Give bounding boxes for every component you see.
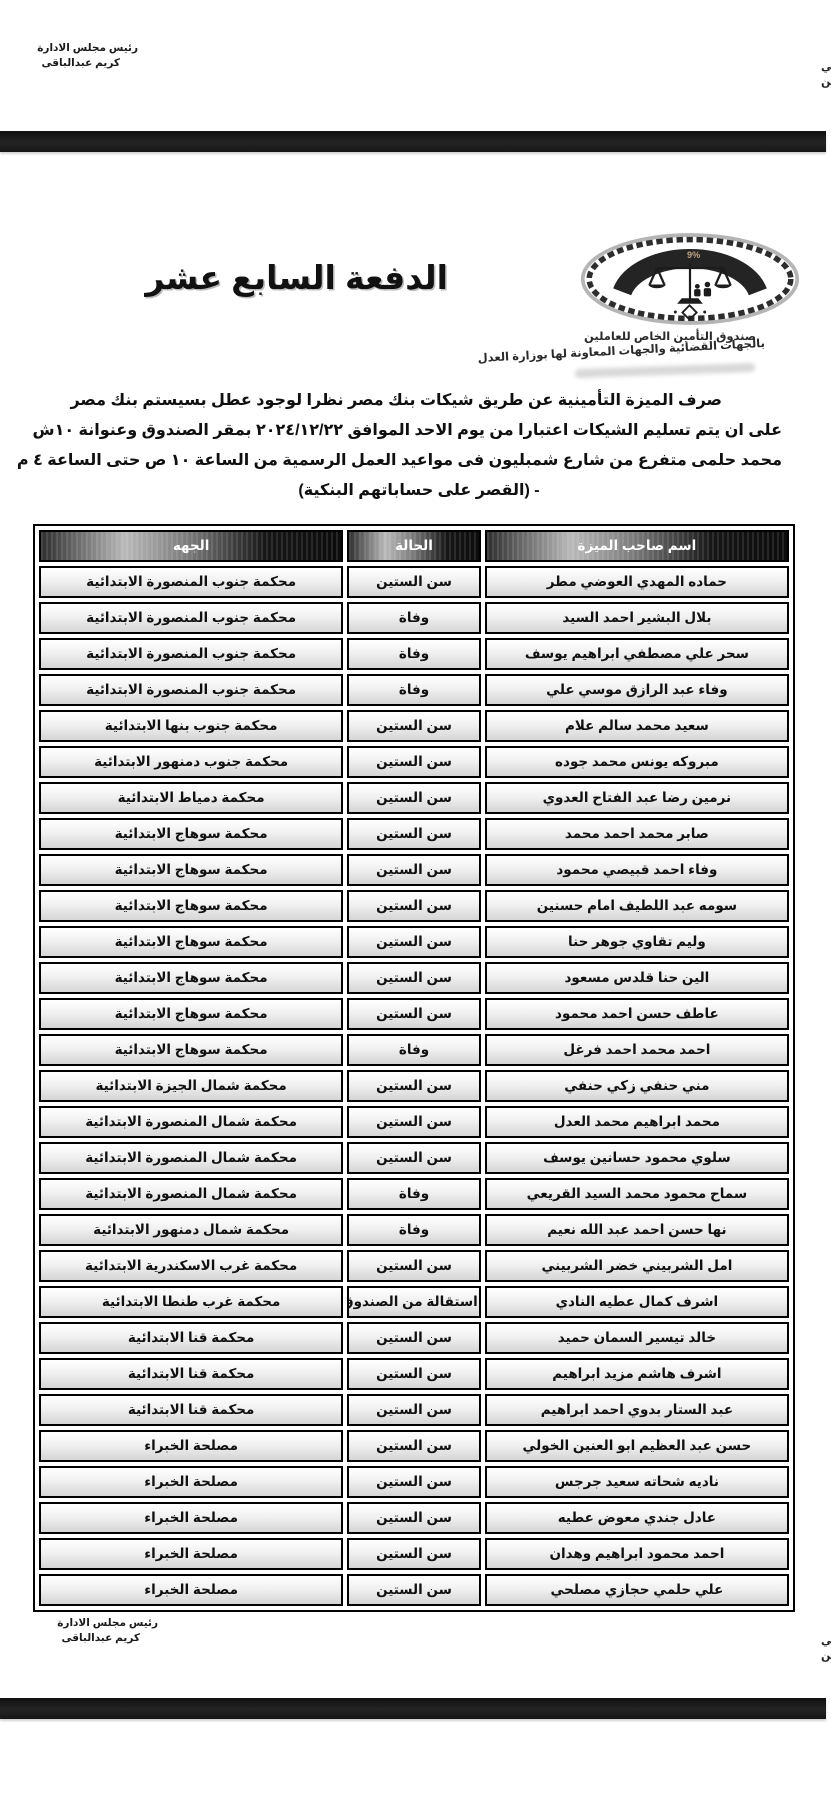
cell-name: اشرف كمال عطيه النادي <box>485 1286 789 1318</box>
prev-signature-name: كريم عبدالباقى <box>28 56 120 71</box>
table-row: اشرف هاشم مزيد ابراهيمسن الستينمحكمة قنا… <box>39 1358 789 1390</box>
page-divider-bottom <box>0 1698 826 1719</box>
cell-entity: محكمة قنا الابتدائية <box>39 1394 343 1426</box>
cell-name: صابر محمد احمد محمد <box>485 818 789 850</box>
cell-status: سن الستين <box>347 926 481 958</box>
cell-name: عبد الستار بدوي احمد ابراهيم <box>485 1394 789 1426</box>
cell-status: سن الستين <box>347 818 481 850</box>
page-title: الدفعة السابع عشر <box>168 258 448 297</box>
cell-status: سن الستين <box>347 710 481 742</box>
cell-entity: محكمة شمال المنصورة الابتدائية <box>39 1178 343 1210</box>
cell-entity: مصلحة الخبراء <box>39 1430 343 1462</box>
cell-status: سن الستين <box>347 1142 481 1174</box>
cell-entity: محكمة سوهاج الابتدائية <box>39 818 343 850</box>
cell-entity: محكمة قنا الابتدائية <box>39 1358 343 1390</box>
cell-name: مبروكه يونس محمد جوده <box>485 746 789 778</box>
notice-line-3: محمد حلمى متفرع من شارع شمبليون فى مواعي… <box>56 446 782 476</box>
cell-entity: محكمة سوهاج الابتدائية <box>39 854 343 886</box>
cell-status: وفاة <box>347 1034 481 1066</box>
table-row: سحر علي مصطفي ابراهيم يوسفوفاةمحكمة جنوب… <box>39 638 789 670</box>
cell-name: وليم تقاوي جوهر حنا <box>485 926 789 958</box>
cell-name: اشرف هاشم مزيد ابراهيم <box>485 1358 789 1390</box>
cell-status: سن الستين <box>347 746 481 778</box>
scanned-document-page: { "page": { "background": "#ffffff", "di… <box>0 0 831 1800</box>
table-row: اشرف كمال عطيه النادياستقالة من الصندوقم… <box>39 1286 789 1318</box>
cell-status: وفاة <box>347 674 481 706</box>
table-row: احمد محمد احمد فرغلوفاةمحكمة سوهاج الابت… <box>39 1034 789 1066</box>
cell-status: سن الستين <box>347 1538 481 1570</box>
table-row: علي حلمي حجازي مصلحيسن الستينمصلحة الخبر… <box>39 1574 789 1606</box>
table-row: وفاء احمد قبيصي محمودسن الستينمحكمة سوها… <box>39 854 789 886</box>
cell-status: سن الستين <box>347 1250 481 1282</box>
header-status: الحالة <box>347 530 481 562</box>
cell-status: سن الستين <box>347 566 481 598</box>
cell-status: سن الستين <box>347 1070 481 1102</box>
cell-name: عاطف حسن احمد محمود <box>485 998 789 1030</box>
caption-smudge <box>575 363 755 378</box>
scales-of-justice-emblem-icon: 9% <box>580 231 800 327</box>
cell-status: سن الستين <box>347 1106 481 1138</box>
cell-status: سن الستين <box>347 1358 481 1390</box>
logo-arch-label: 9% <box>687 250 700 260</box>
cell-entity: محكمة جنوب دمنهور الابتدائية <box>39 746 343 778</box>
cell-status: سن الستين <box>347 1394 481 1426</box>
cell-name: علي حلمي حجازي مصلحي <box>485 1574 789 1606</box>
notice-line-1: صرف الميزة التأمينية عن طريق شيكات بنك م… <box>56 386 782 416</box>
cell-name: عادل جندي معوض عطيه <box>485 1502 789 1534</box>
cell-name: سماح محمود محمد السيد القريعي <box>485 1178 789 1210</box>
table-row: خالد تيسير السمان حميدسن الستينمحكمة قنا… <box>39 1322 789 1354</box>
cell-entity: مصلحة الخبراء <box>39 1502 343 1534</box>
table-row: عاطف حسن احمد محمودسن الستينمحكمة سوهاج … <box>39 998 789 1030</box>
cell-status: سن الستين <box>347 782 481 814</box>
cell-status: سن الستين <box>347 1322 481 1354</box>
cell-status: سن الستين <box>347 998 481 1030</box>
header-beneficiary-name: اسم صاحب الميزة <box>485 530 789 562</box>
fund-logo: 9% <box>580 231 800 327</box>
table-row: احمد محمود ابراهيم وهدانسن الستينمصلحة ا… <box>39 1538 789 1570</box>
cell-name: احمد محمد احمد فرغل <box>485 1034 789 1066</box>
table-row: وفاء عبد الرازق موسي عليوفاةمحكمة جنوب ا… <box>39 674 789 706</box>
table-row: محمد ابراهيم محمد العدلسن الستينمحكمة شم… <box>39 1106 789 1138</box>
cell-name: امل الشربيني خضر الشربيني <box>485 1250 789 1282</box>
cell-entity: محكمة سوهاج الابتدائية <box>39 1034 343 1066</box>
cell-entity: مصلحة الخبراء <box>39 1574 343 1606</box>
table-row: وليم تقاوي جوهر حناسن الستينمحكمة سوهاج … <box>39 926 789 958</box>
cell-name: سومه عبد اللطيف امام حسنين <box>485 890 789 922</box>
table-header-row: اسم صاحب الميزة الحالة الجهه <box>39 530 789 562</box>
cell-name: حسن عبد العظيم ابو العنين الخولي <box>485 1430 789 1462</box>
cell-entity: محكمة سوهاج الابتدائية <box>39 998 343 1030</box>
cell-entity: محكمة شمال المنصورة الابتدائية <box>39 1142 343 1174</box>
table-row: حماده المهدي العوضي مطرسن الستينمحكمة جن… <box>39 566 789 598</box>
table-row: ناديه شحاته سعيد جرجسسن الستينمصلحة الخب… <box>39 1466 789 1498</box>
cell-name: سحر علي مصطفي ابراهيم يوسف <box>485 638 789 670</box>
right-edge-clipped-text-top: ـي ـن <box>821 60 831 90</box>
cell-status: سن الستين <box>347 890 481 922</box>
cell-name: ناديه شحاته سعيد جرجس <box>485 1466 789 1498</box>
cell-entity: مصلحة الخبراء <box>39 1466 343 1498</box>
cell-entity: محكمة جنوب المنصورة الابتدائية <box>39 638 343 670</box>
notice-line-4: - (القصر على حساباتهم البنكية) <box>56 476 782 506</box>
cell-entity: محكمة دمياط الابتدائية <box>39 782 343 814</box>
table-row: عبد الستار بدوي احمد ابراهيمسن الستينمحك… <box>39 1394 789 1426</box>
cell-entity: محكمة جنوب المنصورة الابتدائية <box>39 602 343 634</box>
table-row: سعيد محمد سالم علامسن الستينمحكمة جنوب ب… <box>39 710 789 742</box>
cell-name: حماده المهدي العوضي مطر <box>485 566 789 598</box>
cell-status: وفاة <box>347 1178 481 1210</box>
cell-name: سعيد محمد سالم علام <box>485 710 789 742</box>
cell-status: وفاة <box>347 638 481 670</box>
cell-name: سلوي محمود حسانين يوسف <box>485 1142 789 1174</box>
cell-status: سن الستين <box>347 1430 481 1462</box>
cell-status: سن الستين <box>347 854 481 886</box>
cell-entity: محكمة شمال المنصورة الابتدائية <box>39 1106 343 1138</box>
cell-name: خالد تيسير السمان حميد <box>485 1322 789 1354</box>
cell-entity: محكمة سوهاج الابتدائية <box>39 962 343 994</box>
cell-entity: محكمة جنوب المنصورة الابتدائية <box>39 674 343 706</box>
table-row: الين حنا قلدس مسعودسن الستينمحكمة سوهاج … <box>39 962 789 994</box>
prev-signature-title: رئيس مجلس الادارة <box>28 41 138 56</box>
header-entity: الجهه <box>39 530 343 562</box>
cell-status: وفاة <box>347 602 481 634</box>
cell-status: سن الستين <box>347 1466 481 1498</box>
cell-status: سن الستين <box>347 962 481 994</box>
prev-page-signature: رئيس مجلس الادارة كريم عبدالباقى <box>28 41 138 71</box>
table-row: مني حنفي زكي حنفيسن الستينمحكمة شمال الج… <box>39 1070 789 1102</box>
table-row: حسن عبد العظيم ابو العنين الخوليسن الستي… <box>39 1430 789 1462</box>
table-row: بلال البشير احمد السيدوفاةمحكمة جنوب الم… <box>39 602 789 634</box>
table-row: نرمين رضا عبد الفتاح العدويسن الستينمحكم… <box>39 782 789 814</box>
table-row: سلوي محمود حسانين يوسفسن الستينمحكمة شما… <box>39 1142 789 1174</box>
cell-entity: محكمة غرب طنطا الابتدائية <box>39 1286 343 1318</box>
table-row: عادل جندي معوض عطيهسن الستينمصلحة الخبرا… <box>39 1502 789 1534</box>
cell-name: الين حنا قلدس مسعود <box>485 962 789 994</box>
cell-name: نها حسن احمد عبد الله نعيم <box>485 1214 789 1246</box>
cell-entity: محكمة جنوب بنها الابتدائية <box>39 710 343 742</box>
cell-status: سن الستين <box>347 1574 481 1606</box>
signature-title: رئيس مجلس الادارة <box>48 1616 158 1631</box>
cell-status: سن الستين <box>347 1502 481 1534</box>
page-divider-top <box>0 131 826 152</box>
table-row: نها حسن احمد عبد الله نعيموفاةمحكمة شمال… <box>39 1214 789 1246</box>
benefits-table-body: حماده المهدي العوضي مطرسن الستينمحكمة جن… <box>39 566 789 1606</box>
cell-name: احمد محمود ابراهيم وهدان <box>485 1538 789 1570</box>
beneficiaries-table: اسم صاحب الميزة الحالة الجهه حماده المهد… <box>33 524 795 1612</box>
cell-name: نرمين رضا عبد الفتاح العدوي <box>485 782 789 814</box>
signature-name: كريم عبدالباقى <box>48 1631 140 1646</box>
notice-line-2: على ان يتم تسليم الشيكات اعتبارا من يوم … <box>56 416 782 446</box>
cell-name: وفاء احمد قبيصي محمود <box>485 854 789 886</box>
cell-status: وفاة <box>347 1214 481 1246</box>
table-row: سماح محمود محمد السيد القريعيوفاةمحكمة ش… <box>39 1178 789 1210</box>
notice-paragraph: صرف الميزة التأمينية عن طريق شيكات بنك م… <box>56 386 782 506</box>
cell-entity: محكمة سوهاج الابتدائية <box>39 890 343 922</box>
cell-name: مني حنفي زكي حنفي <box>485 1070 789 1102</box>
cell-entity: محكمة غرب الاسكندرية الابتدائية <box>39 1250 343 1282</box>
cell-entity: محكمة شمال الجيزة الابتدائية <box>39 1070 343 1102</box>
table-row: سومه عبد اللطيف امام حسنينسن الستينمحكمة… <box>39 890 789 922</box>
cell-name: وفاء عبد الرازق موسي علي <box>485 674 789 706</box>
right-edge-clipped-text-bottom: ـي ـن <box>821 1634 831 1664</box>
cell-entity: محكمة شمال دمنهور الابتدائية <box>39 1214 343 1246</box>
cell-status: استقالة من الصندوق <box>347 1286 481 1318</box>
cell-name: محمد ابراهيم محمد العدل <box>485 1106 789 1138</box>
table-row: امل الشربيني خضر الشربينيسن الستينمحكمة … <box>39 1250 789 1282</box>
page-signature: رئيس مجلس الادارة كريم عبدالباقى <box>48 1616 158 1646</box>
cell-name: بلال البشير احمد السيد <box>485 602 789 634</box>
table-row: صابر محمد احمد محمدسن الستينمحكمة سوهاج … <box>39 818 789 850</box>
cell-entity: محكمة جنوب المنصورة الابتدائية <box>39 566 343 598</box>
table-row: مبروكه يونس محمد جودهسن الستينمحكمة جنوب… <box>39 746 789 778</box>
cell-entity: محكمة سوهاج الابتدائية <box>39 926 343 958</box>
cell-entity: مصلحة الخبراء <box>39 1538 343 1570</box>
cell-entity: محكمة قنا الابتدائية <box>39 1322 343 1354</box>
